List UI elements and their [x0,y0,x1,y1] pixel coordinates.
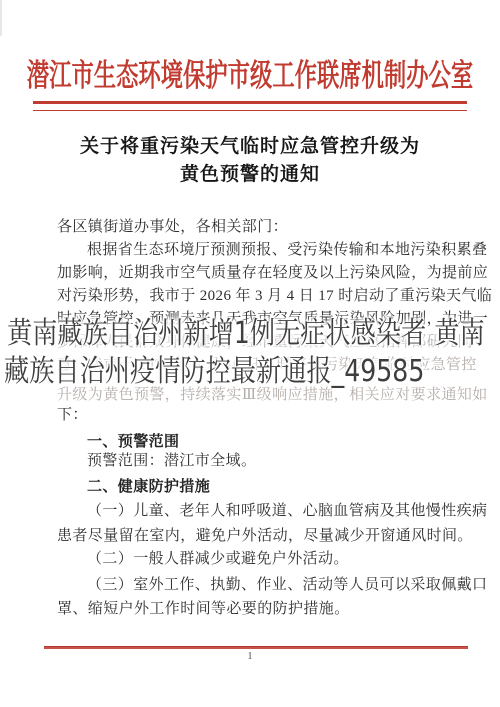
body-line: 对污染形势，我市于 2026 年 3 月 4 日 17 时启动了重污染天气临 [57,284,459,305]
body-line: （一）儿童、老年人和呼吸道、心脑血管病及其他慢性疾病 [57,499,459,520]
body-line: 加影响，近期我市空气质量存在轻度及以上污染风险，为提前应 [57,261,459,282]
body-line: 各区镇街道办事处，各相关部门： [57,215,459,236]
letterhead-divider [33,101,467,111]
section-heading-2: 二、健康防护措施 [57,475,459,496]
caption-overlay-line2: 藏族自治州疫情防控最新通报_49585 [4,354,424,390]
page-number: 1 [0,651,500,662]
body-line: 根据省生态环境厅预测预报、受污染传输和本地污染积累叠 [57,238,459,259]
caption-overlay-line1: 黄南藏族自治州新增1例无症状感染者 黄南 [7,316,485,352]
body-line: 下： [57,403,459,424]
section-heading-1: 一、预警范围 [57,430,459,451]
notice-title-line1: 关于将重污染天气临时应急管控升级为 [0,131,500,158]
notice-title-line2: 黄色预警的通知 [0,159,500,186]
footer-divider [44,646,468,649]
scan-edge-artifact [0,0,2,36]
body-line: 预警范围：潜江市全域。 [57,449,459,470]
body-line: （三）室外工作、执勤、作业、活动等人员可以采取佩戴口 [57,573,459,594]
scanned-notice-page: 潜江市生态环境保护市级工作联席机制办公室 关于将重污染天气临时应急管控升级为 黄… [0,0,500,707]
letterhead-org-name: 潜江市生态环境保护市级工作联席机制办公室 [27,50,473,95]
body-line: 患者尽量留在室内，避免户外活动，尽量减少开窗通风时间。 [57,524,459,545]
body-line: 罩、缩短户外工作时间等必要的防护措施。 [57,597,459,618]
body-line: （二）一般人群减少或避免户外活动。 [57,547,459,568]
